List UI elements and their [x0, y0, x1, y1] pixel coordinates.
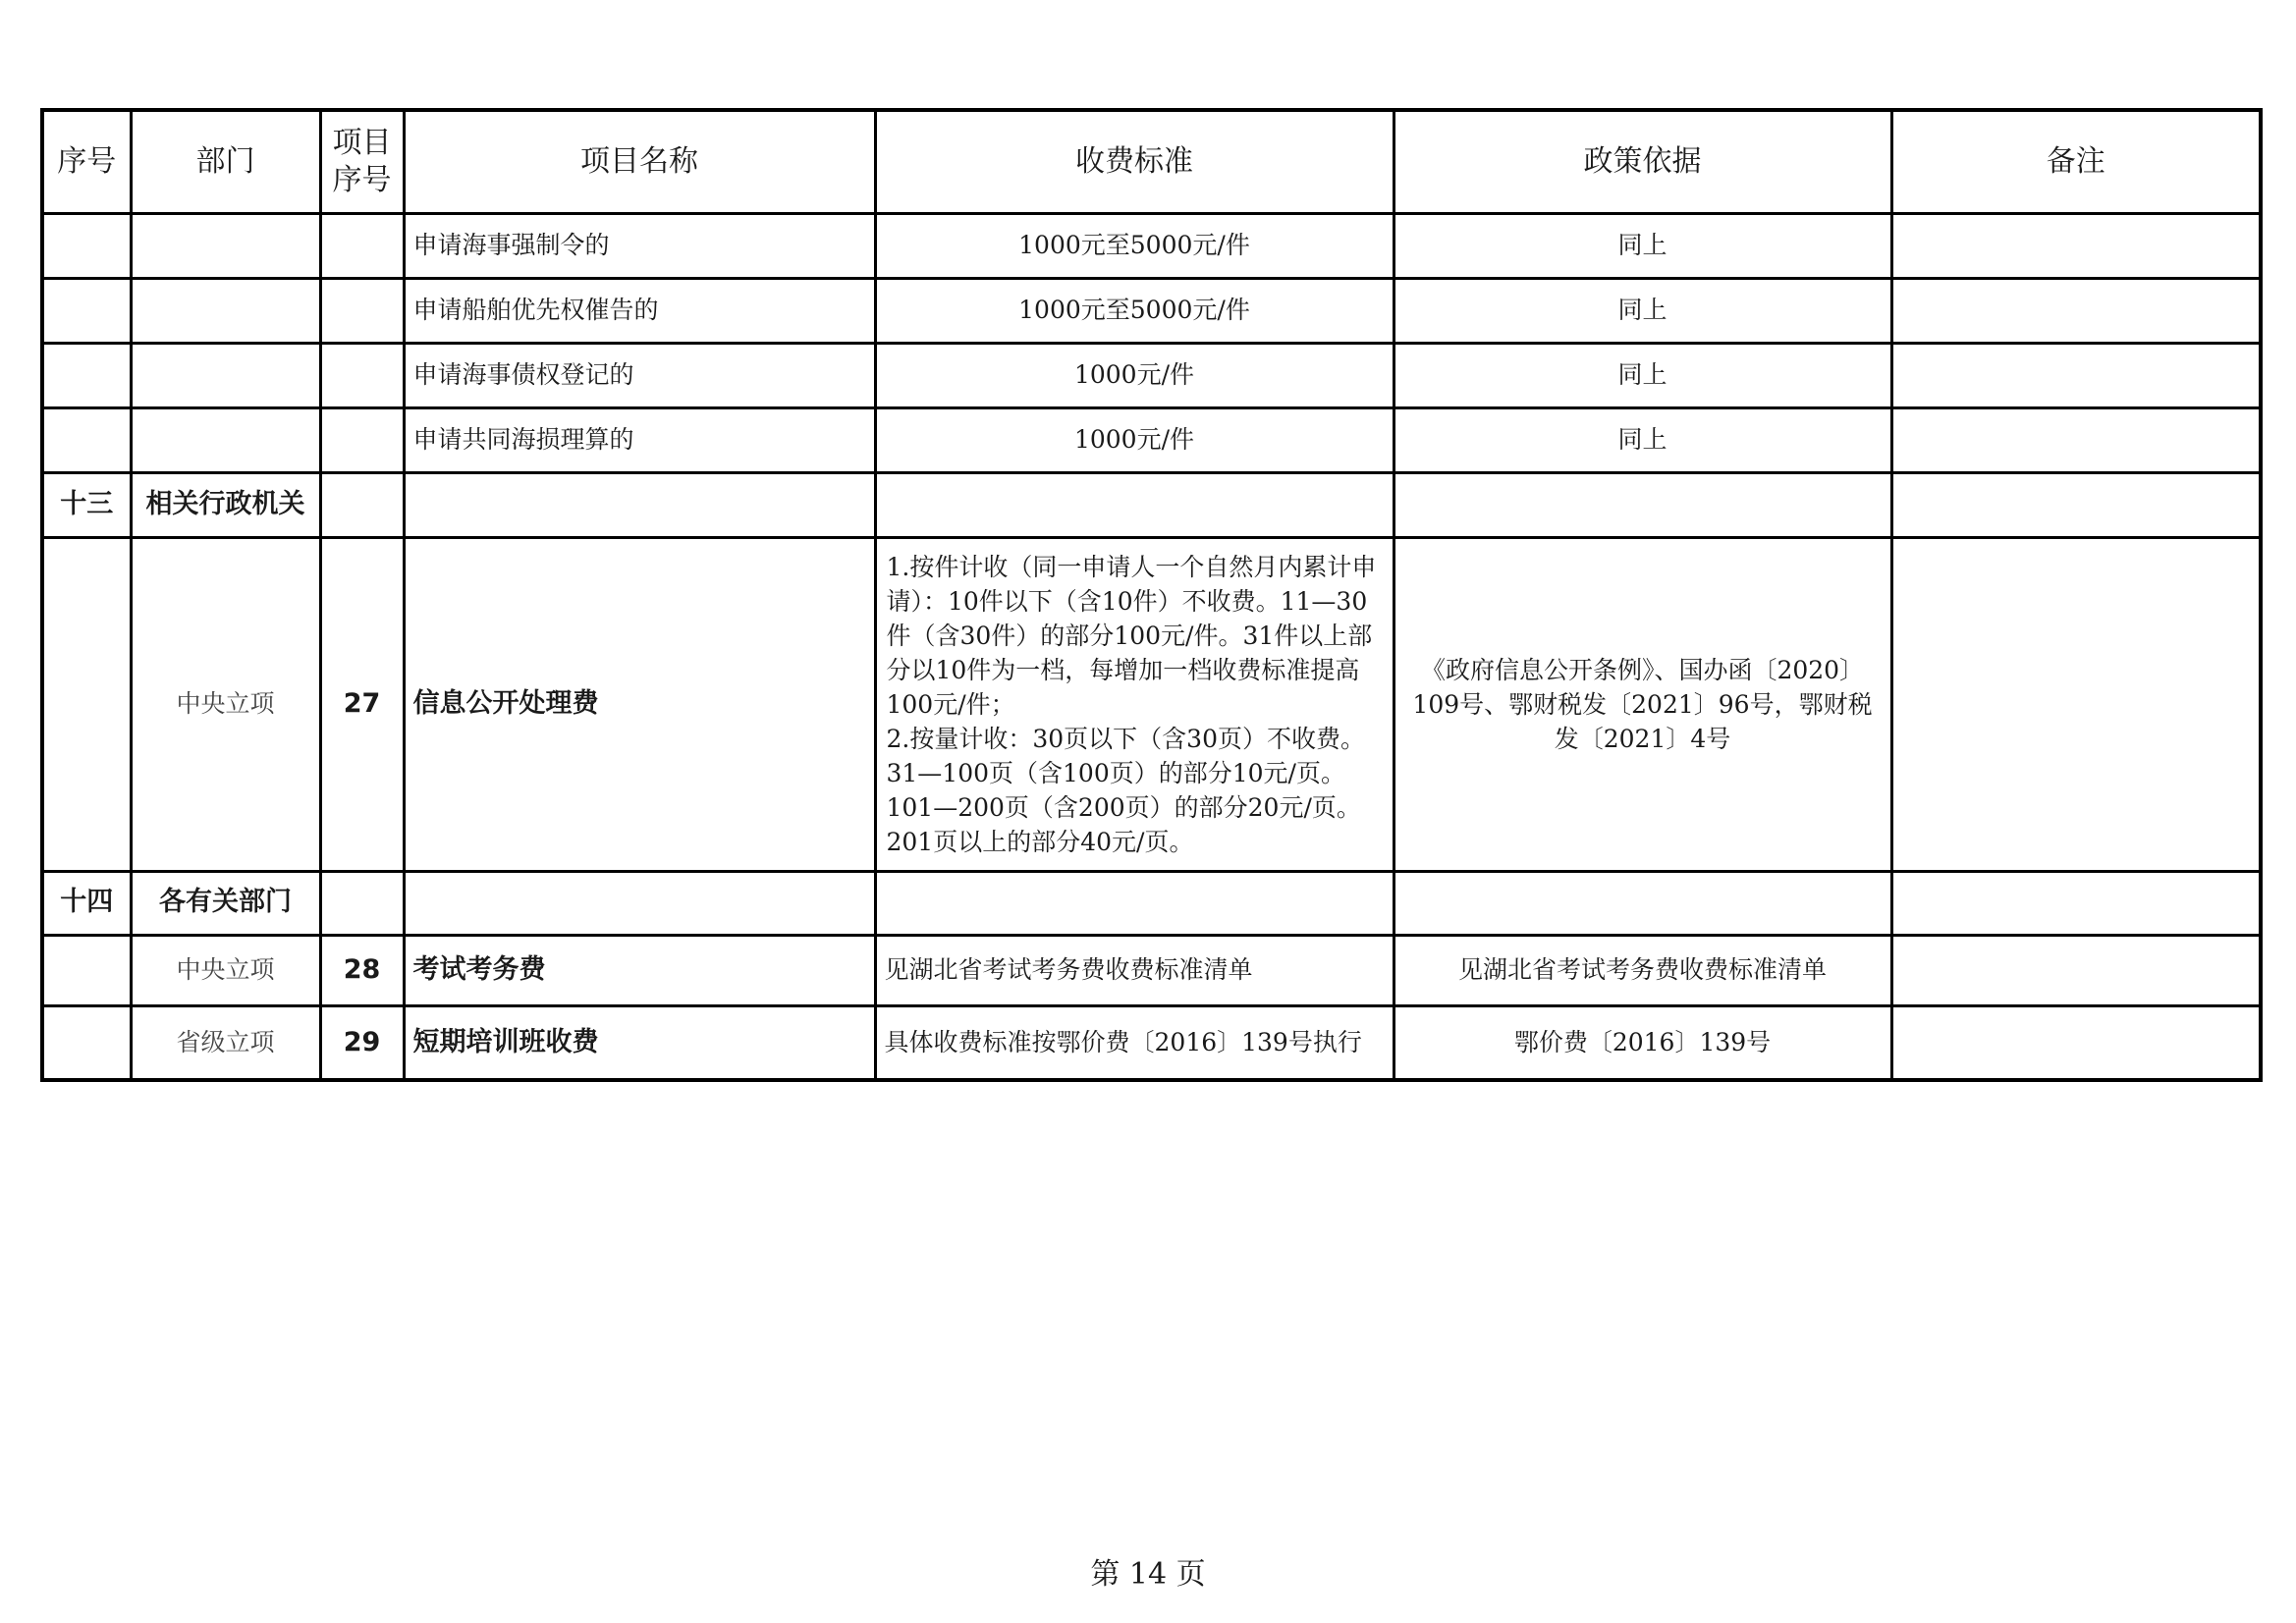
- table-row: 申请船舶优先权催告的 1000元至5000元/件 同上: [42, 278, 2261, 343]
- cell-name: [404, 472, 875, 537]
- cell-standard: [875, 871, 1394, 935]
- cell-remark: [1891, 871, 2261, 935]
- cell-item-no: [320, 343, 404, 407]
- cell-remark: [1891, 1005, 2261, 1080]
- cell-section-dept: 相关行政机关: [131, 472, 320, 537]
- cell-policy: [1394, 472, 1891, 537]
- cell-seq: [42, 935, 131, 1005]
- cell-standard: 1000元/件: [875, 407, 1394, 472]
- table-header-row: 序号 部门 项目 序号 项目名称 收费标准 政策依据 备注: [42, 110, 2261, 213]
- header-item-seq-line1: 项目: [322, 125, 403, 162]
- cell-dept: [131, 407, 320, 472]
- cell-dept: 省级立项: [131, 1005, 320, 1080]
- cell-name: 考试考务费: [404, 935, 875, 1005]
- cell-item-no: [320, 278, 404, 343]
- fee-standard-table: 序号 部门 项目 序号 项目名称 收费标准 政策依据 备注 申请海事强制令的 1…: [40, 108, 2263, 1082]
- cell-name: 申请共同海损理算的: [404, 407, 875, 472]
- cell-name: 申请海事强制令的: [404, 213, 875, 278]
- cell-dept: [131, 213, 320, 278]
- cell-section-seq: 十四: [42, 871, 131, 935]
- cell-section-dept: 各有关部门: [131, 871, 320, 935]
- cell-dept: 中央立项: [131, 935, 320, 1005]
- section-row: 十三 相关行政机关: [42, 472, 2261, 537]
- cell-policy: [1394, 871, 1891, 935]
- cell-seq: [42, 213, 131, 278]
- cell-seq: [42, 278, 131, 343]
- cell-item-no: 29: [320, 1005, 404, 1080]
- cell-remark: [1891, 343, 2261, 407]
- cell-remark: [1891, 472, 2261, 537]
- cell-item-no: 28: [320, 935, 404, 1005]
- cell-standard: 1.按件计收（同一申请人一个自然月内累计申请）：10件以下（含10件）不收费。1…: [875, 537, 1394, 871]
- cell-section-seq: 十三: [42, 472, 131, 537]
- header-seq: 序号: [42, 110, 131, 213]
- table-row: 中央立项 28 考试考务费 见湖北省考试考务费收费标准清单 见湖北省考试考务费收…: [42, 935, 2261, 1005]
- cell-policy: 同上: [1394, 278, 1891, 343]
- table-row: 申请海事债权登记的 1000元/件 同上: [42, 343, 2261, 407]
- header-item-seq-line2: 序号: [322, 162, 403, 199]
- page-number: 第 14 页: [0, 1549, 2296, 1593]
- cell-item-no: [320, 472, 404, 537]
- section-row: 十四 各有关部门: [42, 871, 2261, 935]
- cell-standard: 1000元至5000元/件: [875, 213, 1394, 278]
- cell-item-no: [320, 407, 404, 472]
- cell-dept: [131, 278, 320, 343]
- table-row: 省级立项 29 短期培训班收费 具体收费标准按鄂价费〔2016〕139号执行 鄂…: [42, 1005, 2261, 1080]
- cell-item-no: 27: [320, 537, 404, 871]
- header-remark: 备注: [1891, 110, 2261, 213]
- cell-policy: 见湖北省考试考务费收费标准清单: [1394, 935, 1891, 1005]
- cell-remark: [1891, 278, 2261, 343]
- cell-standard: [875, 472, 1394, 537]
- table-row: 申请共同海损理算的 1000元/件 同上: [42, 407, 2261, 472]
- cell-dept: [131, 343, 320, 407]
- table-row: 中央立项 27 信息公开处理费 1.按件计收（同一申请人一个自然月内累计申请）：…: [42, 537, 2261, 871]
- header-item-seq: 项目 序号: [320, 110, 404, 213]
- cell-policy: 《政府信息公开条例》、国办函〔2020〕109号、鄂财税发〔2021〕96号，鄂…: [1394, 537, 1891, 871]
- cell-seq: [42, 537, 131, 871]
- cell-seq: [42, 407, 131, 472]
- cell-policy: 同上: [1394, 213, 1891, 278]
- cell-standard: 1000元至5000元/件: [875, 278, 1394, 343]
- cell-remark: [1891, 213, 2261, 278]
- cell-item-no: [320, 871, 404, 935]
- cell-policy: 同上: [1394, 343, 1891, 407]
- cell-policy: 鄂价费〔2016〕139号: [1394, 1005, 1891, 1080]
- cell-dept: 中央立项: [131, 537, 320, 871]
- cell-remark: [1891, 407, 2261, 472]
- cell-name: 申请船舶优先权催告的: [404, 278, 875, 343]
- cell-name: 短期培训班收费: [404, 1005, 875, 1080]
- cell-name: 信息公开处理费: [404, 537, 875, 871]
- cell-seq: [42, 1005, 131, 1080]
- cell-seq: [42, 343, 131, 407]
- cell-item-no: [320, 213, 404, 278]
- cell-name: [404, 871, 875, 935]
- header-name: 项目名称: [404, 110, 875, 213]
- table-row: 申请海事强制令的 1000元至5000元/件 同上: [42, 213, 2261, 278]
- cell-standard: 1000元/件: [875, 343, 1394, 407]
- header-dept: 部门: [131, 110, 320, 213]
- cell-name: 申请海事债权登记的: [404, 343, 875, 407]
- header-policy: 政策依据: [1394, 110, 1891, 213]
- cell-remark: [1891, 537, 2261, 871]
- cell-remark: [1891, 935, 2261, 1005]
- cell-standard: 具体收费标准按鄂价费〔2016〕139号执行: [875, 1005, 1394, 1080]
- cell-policy: 同上: [1394, 407, 1891, 472]
- cell-standard: 见湖北省考试考务费收费标准清单: [875, 935, 1394, 1005]
- header-standard: 收费标准: [875, 110, 1394, 213]
